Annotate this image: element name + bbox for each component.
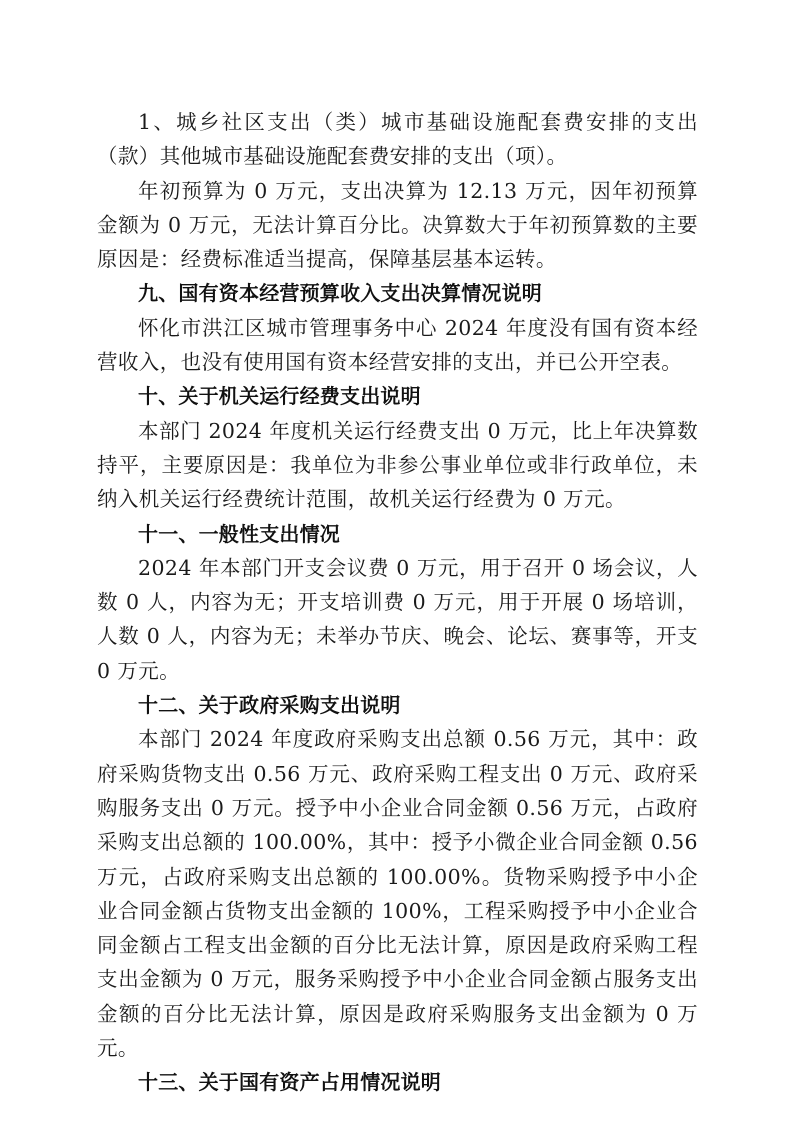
heading-section-12: 十二、关于政府采购支出说明 bbox=[97, 688, 698, 722]
document-page: 1、城乡社区支出（类）城市基础设施配套费安排的支出（款）其他城市基础设施配套费安… bbox=[97, 105, 698, 1100]
paragraph-budget-explanation: 年初预算为 0 万元，支出决算为 12.13 万元，因年初预算金额为 0 万元，… bbox=[97, 174, 698, 277]
paragraph-state-capital: 怀化市洪江区城市管理事务中心 2024 年度没有国有资本经营收入，也没有使用国有… bbox=[97, 311, 698, 380]
heading-section-9: 九、国有资本经营预算收入支出决算情况说明 bbox=[97, 276, 698, 310]
paragraph-expenditure-item: 1、城乡社区支出（类）城市基础设施配套费安排的支出（款）其他城市基础设施配套费安… bbox=[97, 105, 698, 174]
paragraph-procurement: 本部门 2024 年度政府采购支出总额 0.56 万元，其中：政府采购货物支出 … bbox=[97, 722, 698, 1065]
heading-section-13: 十三、关于国有资产占用情况说明 bbox=[97, 1065, 698, 1099]
heading-section-10: 十、关于机关运行经费支出说明 bbox=[97, 379, 698, 413]
paragraph-general-expense: 2024 年本部门开支会议费 0 万元，用于召开 0 场会议，人数 0 人，内容… bbox=[97, 551, 698, 688]
paragraph-operating-expense: 本部门 2024 年度机关运行经费支出 0 万元，比上年决算数持平，主要原因是：… bbox=[97, 414, 698, 517]
heading-section-11: 十一、一般性支出情况 bbox=[97, 517, 698, 551]
